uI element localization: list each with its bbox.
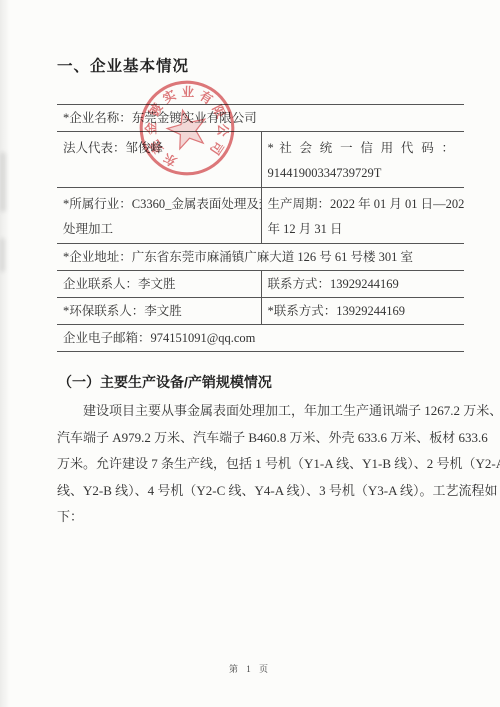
page-number-footer: 第 1 页 [0,662,500,675]
paragraph-line: 建设项目主要从事金属表面处理加工，年加工生产通讯端子 1267.2 万米、 [57,398,465,425]
table-row: 企业电子邮箱：974151091@qq.com [57,325,464,352]
paragraph-line: 万米。允许建设 7 条生产线，包括 1 号机（Y1-A 线、Y1-B 线）、2 … [57,451,465,478]
industry-line-2: 处理加工 [63,217,255,242]
production-period-line-2: 年 12 月 31 日 [268,217,459,242]
production-period-cell: 生产周期：2022 年 01 月 01 日—2022 年 12 月 31 日 [261,188,464,244]
enterprise-email-cell: 企业电子邮箱：974151091@qq.com [57,325,464,352]
industry-cell: *所属行业：C3360_金属表面处理及热 处理加工 [57,188,261,244]
legal-representative-cell: 法人代表：邹俊峰 [57,132,261,188]
scan-artifact [0,152,6,212]
credit-code-value: 91441900334739729T [268,161,459,186]
scan-edge-shadow [0,0,10,707]
table-row: *企业地址：广东省东莞市麻涌镇广麻大道 126 号 61 号楼 301 室 [57,244,464,271]
contact-person-cell: 企业联系人：李文胜 [57,271,261,298]
production-period-line-1: 生产周期：2022 年 01 月 01 日—2022 [268,192,459,217]
table-row: *企业名称：东莞金镀实业有限公司 [57,105,464,132]
industry-line-1: *所属行业：C3360_金属表面处理及热 [63,192,255,217]
subsection-title-production-equipment: （一）主要生产设备/产销规模情况 [58,372,272,392]
paragraph-line: 线、Y2-B 线）、4 号机（Y2-C 线、Y4-A 线）、3 号机（Y3-A … [57,478,465,505]
enterprise-info-table: *企业名称：东莞金镀实业有限公司 法人代表：邹俊峰 * 社 会 统 一 信 用 … [57,104,464,352]
table-row: 企业联系人：李文胜 联系方式：13929244169 [57,271,464,298]
contact-phone-cell: 联系方式：13929244169 [261,271,464,298]
environmental-phone-cell: *联系方式：13929244169 [261,298,464,325]
section-title-enterprise-basic-info: 一、企业基本情况 [57,54,189,76]
svg-text:业: 业 [181,84,194,99]
project-description-paragraph: 建设项目主要从事金属表面处理加工，年加工生产通讯端子 1267.2 万米、 汽车… [57,398,465,531]
credit-code-cell: * 社 会 统 一 信 用 代 码 ： 91441900334739729T [261,132,464,188]
paragraph-line: 下： [57,504,465,531]
scanned-document-page: 一、企业基本情况 *企业名称：东莞金镀实业有限公司 法人代表：邹俊峰 * 社 会… [0,0,500,707]
enterprise-address-cell: *企业地址：广东省东莞市麻涌镇广麻大道 126 号 61 号楼 301 室 [57,244,464,271]
credit-code-label: * 社 会 统 一 信 用 代 码 ： [268,136,459,161]
paragraph-line: 汽车端子 A979.2 万米、汽车端子 B460.8 万米、外壳 633.6 万… [57,425,465,452]
enterprise-name-cell: *企业名称：东莞金镀实业有限公司 [57,105,464,132]
table-row: 法人代表：邹俊峰 * 社 会 统 一 信 用 代 码 ： 91441900334… [57,132,464,188]
table-row: *环保联系人：李文胜 *联系方式：13929244169 [57,298,464,325]
environmental-contact-cell: *环保联系人：李文胜 [57,298,261,325]
scan-artifact [0,238,5,272]
table-row: *所属行业：C3360_金属表面处理及热 处理加工 生产周期：2022 年 01… [57,188,464,244]
